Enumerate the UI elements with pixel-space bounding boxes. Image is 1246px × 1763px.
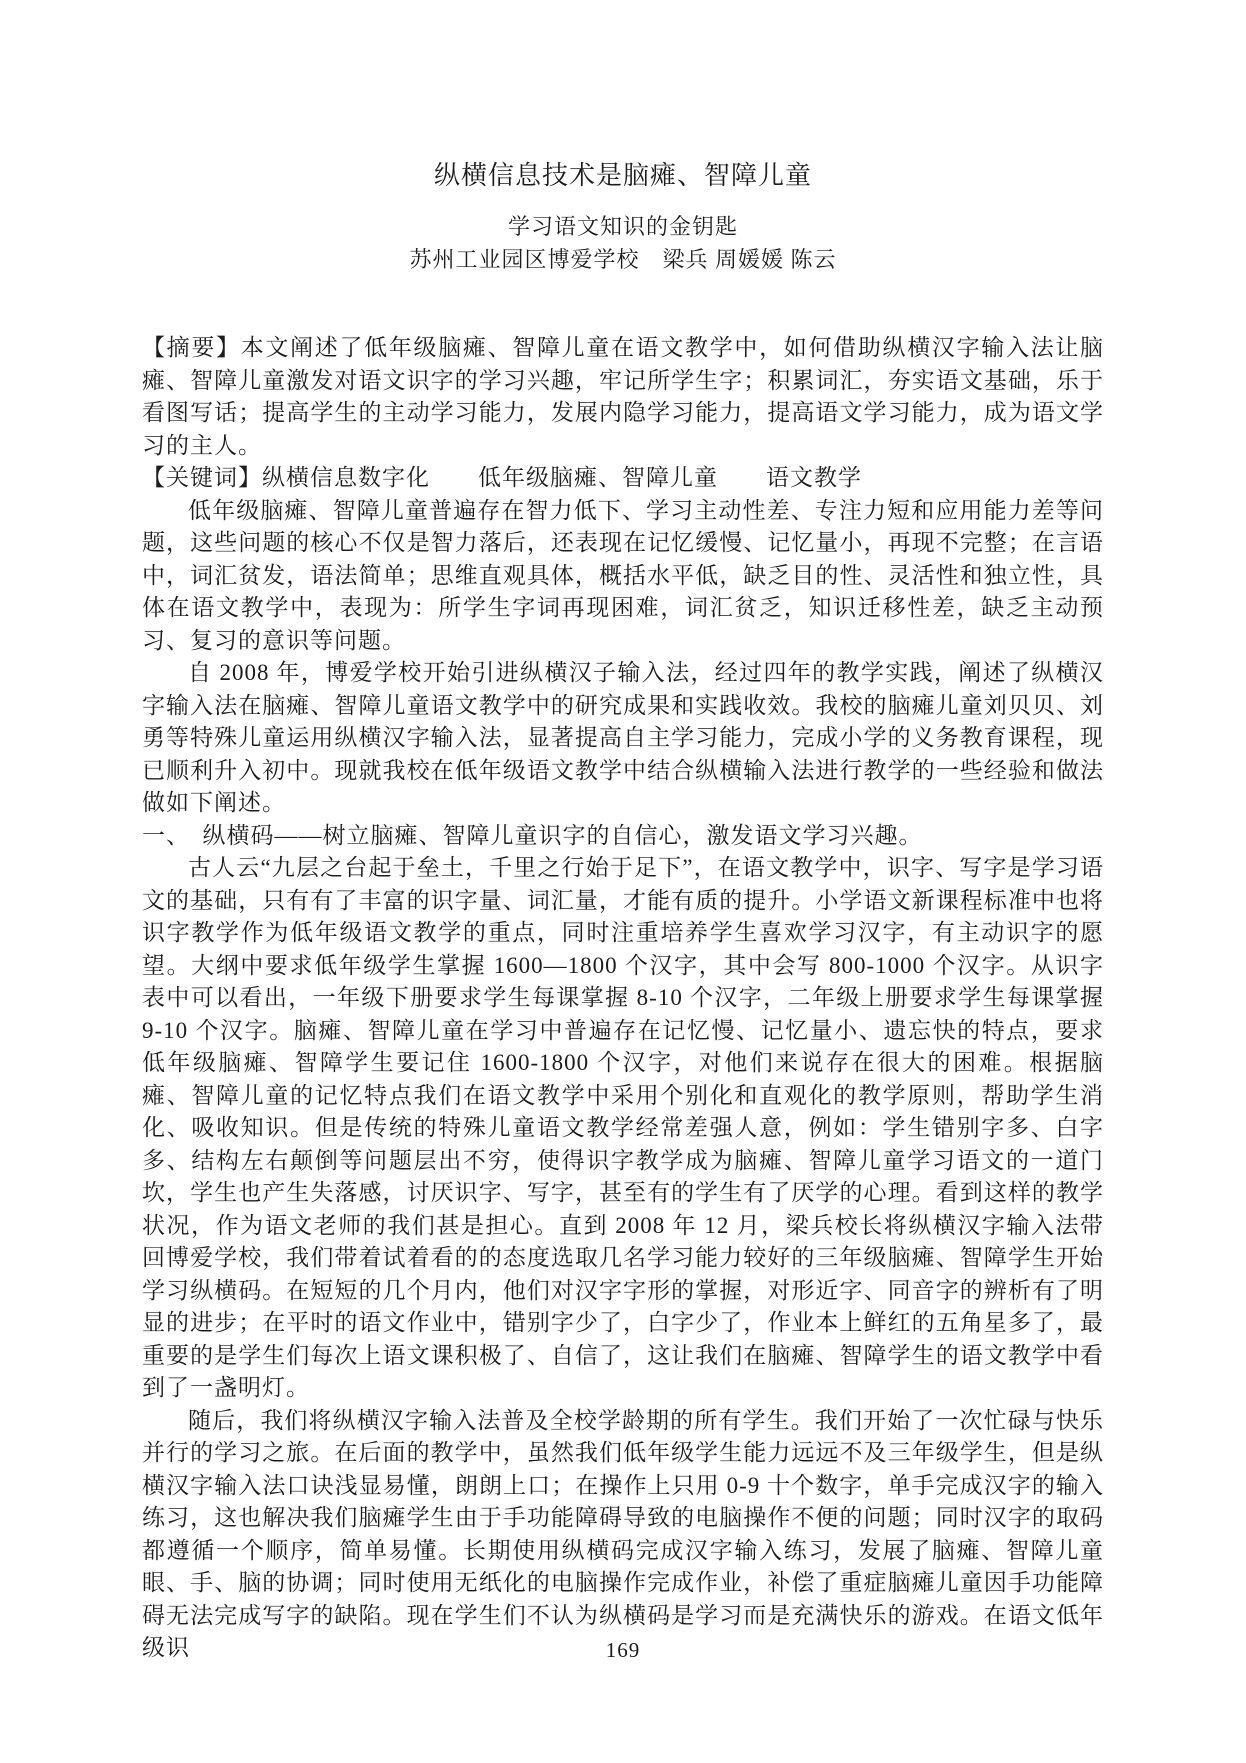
body-paragraph-3: 古人云“九层之台起于垒土，千里之行始于足下”，在语文教学中，识字、写字是学习语文… xyxy=(142,852,1104,1405)
paper-title-line-1: 纵横信息技术是脑瘫、智障儿童 xyxy=(142,160,1104,192)
body-paragraph-1: 低年级脑瘫、智障儿童普遍存在智力低下、学习主动性差、专注力短和应用能力差等问题，… xyxy=(142,495,1104,658)
body-paragraph-4: 随后，我们将纵横汉字输入法普及全校学龄期的所有学生。我们开始了一次忙碌与快乐并行… xyxy=(142,1405,1104,1665)
keywords-line: 【关键词】纵横信息数字化 低年级脑瘫、智障儿童 语文教学 xyxy=(142,462,1104,495)
paper-page: 纵横信息技术是脑瘫、智障儿童 学习语文知识的金钥匙 苏州工业园区博爱学校 梁兵 … xyxy=(0,0,1246,1763)
authors-affiliation-line: 苏州工业园区博爱学校 梁兵 周媛媛 陈云 xyxy=(142,246,1104,274)
section-heading-1: 一、 纵横码——树立脑瘫、智障儿童识字的自信心，激发语文学习兴趣。 xyxy=(142,820,1104,853)
abstract-paragraph: 【摘要】本文阐述了低年级脑瘫、智障儿童在语文教学中，如何借助纵横汉字输入法让脑瘫… xyxy=(142,332,1104,462)
body-paragraph-2: 自 2008 年，博爱学校开始引进纵横汉子输入法，经过四年的教学实践，阐述了纵横… xyxy=(142,657,1104,820)
page-number: 169 xyxy=(0,1638,1246,1663)
paper-title-line-2: 学习语文知识的金钥匙 xyxy=(142,213,1104,241)
paper-content: 纵横信息技术是脑瘫、智障儿童 学习语文知识的金钥匙 苏州工业园区博爱学校 梁兵 … xyxy=(142,0,1104,1665)
